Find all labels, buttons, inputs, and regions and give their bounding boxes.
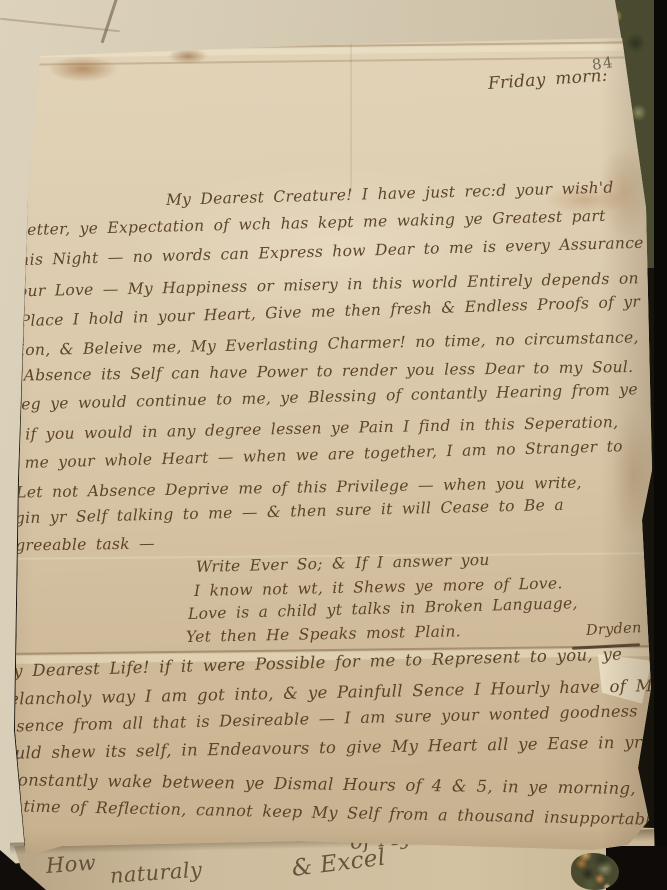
verse-attribution: Dryden [586,621,642,638]
verse-line: Yet then He Speaks most Plain. [186,624,461,645]
letter-line: Tell me your whole Heart — when we are t… [0,439,623,472]
book-cover-marble [571,853,619,890]
fold-crease [30,56,630,65]
underpage-text-fragment: How [45,853,96,877]
verse-line: Love is a child yt talks in Broken Langu… [188,596,578,622]
letter-line: I Beg ye would continue to me, ye Blessi… [0,382,638,413]
letter-line: Passion, & Beleive me, My Everlasting Ch… [0,330,639,359]
letter-line: disagreeable task — [0,537,155,555]
letter-line: for Letter, ye Expectation of wch has ke… [0,209,606,240]
photograph-of-letter: of My unwearied, & How naturaly & Excel … [0,0,667,890]
dateline: Friday morn: [487,68,608,93]
verse-line: Write Ever So; & If I answer you [196,553,490,576]
letter-line: My Dearest Life! if it were Possible for… [0,647,622,681]
ink-stain [48,56,118,82]
letter-line: I constantly wake between ye Dismal Hour… [0,772,667,798]
letter-line: Imagin yr Self talking to me — & then su… [0,498,564,528]
letter-line: not Absence its Self can have Power to r… [0,360,633,385]
letter-line: would shew its self, in Endeavours to gi… [0,734,667,763]
gutter-shadow [654,0,667,890]
letter-page: 84 Friday morn: My Dearest Creature! I h… [0,0,667,890]
letter-line: of this Night — no words can Express how… [0,236,644,270]
letter-line: Absence from all that is Desireable — I … [0,702,667,735]
vertical-crease [350,42,352,192]
salutation-line: My Dearest Creature! I have just rec:d y… [166,180,614,208]
letter-line: ye Place I hold in your Heart, Give me t… [0,295,640,331]
letter-line: yt time of Reflection, cannot keep My Se… [0,798,661,828]
